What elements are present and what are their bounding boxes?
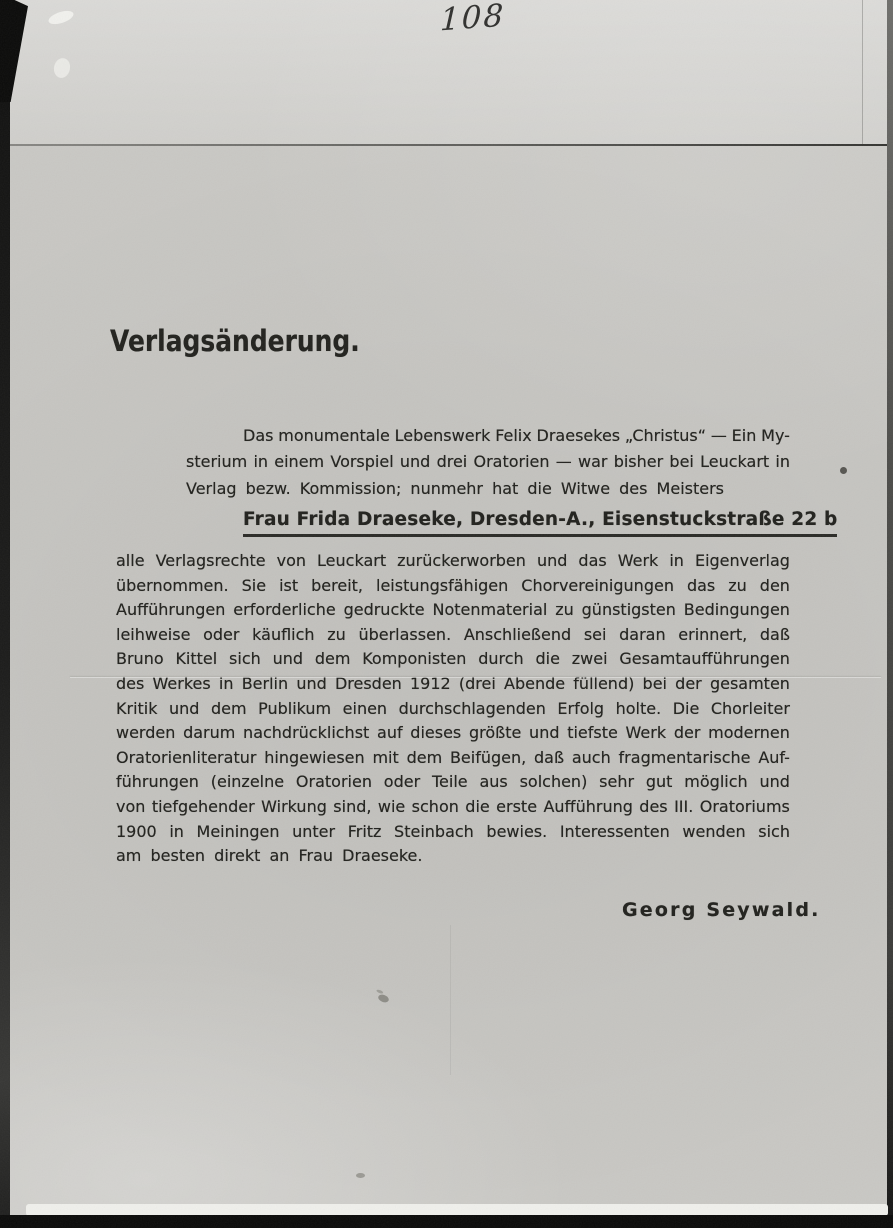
paper-crease-vertical xyxy=(450,925,451,1075)
smudge-mark xyxy=(377,993,390,1004)
ink-speck xyxy=(840,467,847,474)
body-line: KritikunddemPublikumeinendurchschlagende… xyxy=(116,697,790,722)
intro-line: steriumineinemVorspielunddreiOratorien—w… xyxy=(186,449,790,475)
body-line: desWerkesinBerlinundDresden1912(dreiAben… xyxy=(116,672,790,697)
body-line: werdendarumnachdrücklichstaufdiesesgrößt… xyxy=(116,721,790,746)
body-line: 1900inMeiningenunterFritzSteinbachbewies… xyxy=(116,820,790,845)
intro-line: Verlag bezw. Kommission; nunmehr hat die… xyxy=(186,476,790,502)
intro-paragraph: DasmonumentaleLebenswerkFelixDraesekes„C… xyxy=(186,423,790,502)
body-line: führungen(einzelneOratorienoderTeileauss… xyxy=(116,770,790,795)
body-line: vontiefgehenderWirkungsind,wieschondieer… xyxy=(116,795,790,820)
document-title: Verlagsänderung. xyxy=(110,324,360,358)
scan-edge-right xyxy=(887,0,893,1228)
paper-crease-horizontal xyxy=(70,677,881,678)
body-line: am besten direkt an Frau Draeseke. xyxy=(116,844,790,869)
body-line: BrunoKittelsichunddemKomponistendurchdie… xyxy=(116,647,790,672)
scan-edge-bottom xyxy=(0,1215,893,1228)
smudge-mark xyxy=(356,1173,365,1178)
sheet-fold-edge-line xyxy=(10,144,888,146)
scan-edge-left xyxy=(0,0,10,1228)
body-line: leihweiseoderkäuflichzuüberlassen.Anschl… xyxy=(116,623,790,648)
intro-line: DasmonumentaleLebenswerkFelixDraesekes„C… xyxy=(186,423,790,449)
address-line-underlined: Frau Frida Draeseke, Dresden-A., Eisenst… xyxy=(243,509,837,537)
body-line: alleVerlagsrechtevonLeuckartzurückerworb… xyxy=(116,549,790,574)
body-line: OratorienliteraturhingewiesenmitdemBeifü… xyxy=(116,746,790,771)
body-paragraph: alleVerlagsrechtevonLeuckartzurückerworb… xyxy=(116,549,790,869)
signature: Georg Seywald. xyxy=(622,899,821,921)
sheet-edge-vertical-line xyxy=(862,0,863,144)
body-line: AufführungenerforderlichegedruckteNotenm… xyxy=(116,598,790,623)
handwritten-page-number: 108 xyxy=(439,0,505,38)
scanned-document-page: 108 Verlagsänderung. DasmonumentaleLeben… xyxy=(0,0,893,1228)
body-line: übernommen.Sieistbereit,leistungsfähigen… xyxy=(116,574,790,599)
